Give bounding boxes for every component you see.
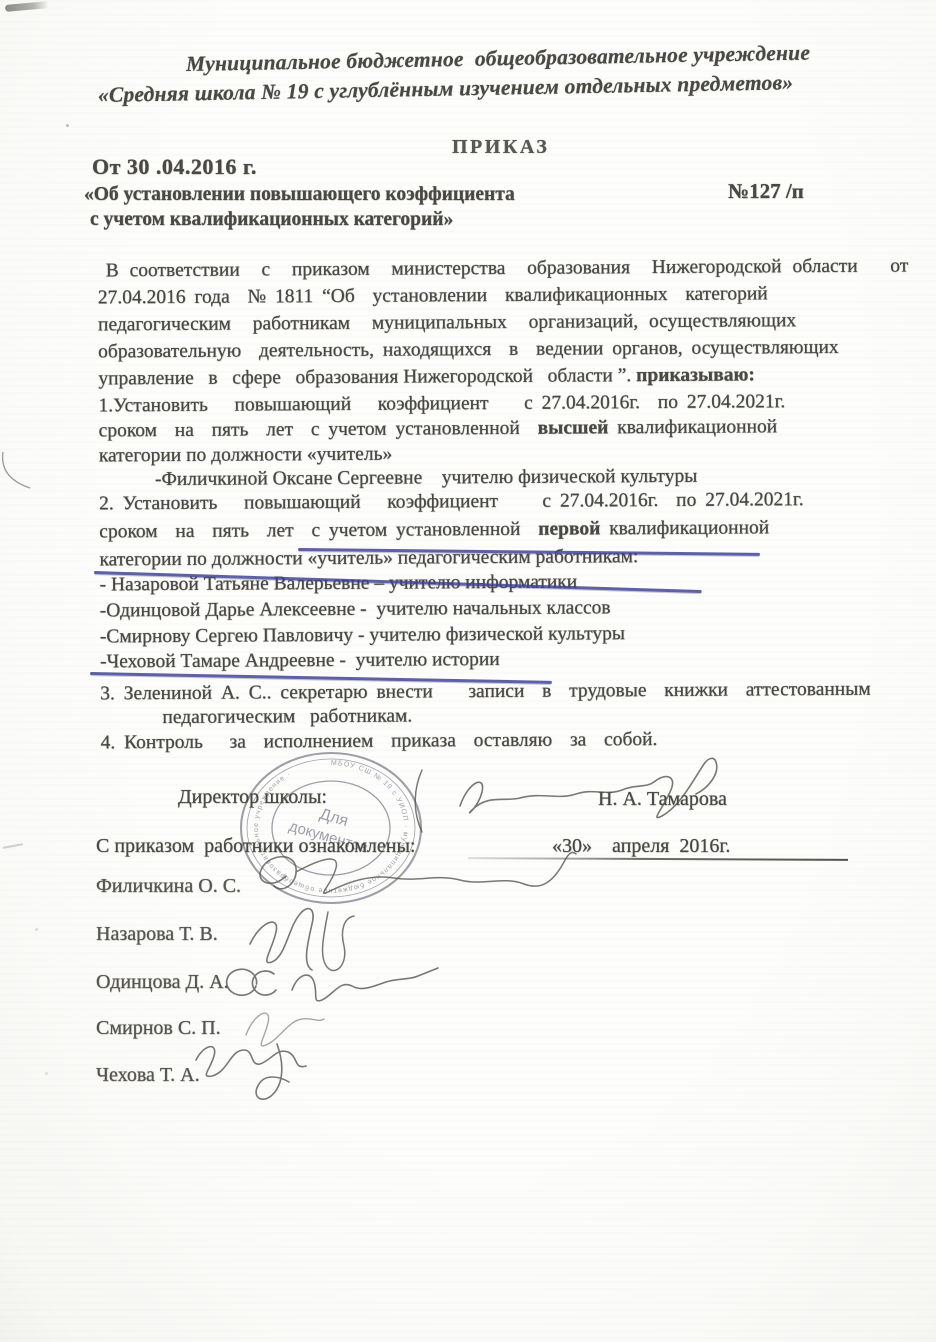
- scan-smudge-top-left: [5, 1, 49, 12]
- teacher-list-item: -Смирнову Сергею Павловичу - учителю физ…: [100, 623, 625, 648]
- body-line: сроком на пять лет с учетом установленно…: [99, 517, 769, 543]
- body-line-text: квалификационной: [600, 517, 769, 539]
- director-label: Директор школы:: [178, 786, 327, 808]
- order-subject-line1: «Об установлении повышающего коэффициент…: [84, 184, 515, 205]
- body-line: -Филичкиной Оксане Сергеевне учителю физ…: [155, 466, 697, 491]
- chekhova-signature: [182, 1032, 347, 1112]
- order-date: От 30 .04.2016 г.: [92, 155, 257, 179]
- employee-name: Назарова Т. В.: [96, 923, 218, 945]
- body-line: управление в сфере образования Нижегород…: [98, 364, 755, 389]
- body-line-text: сроком на пять лет с учетом установленно…: [99, 418, 538, 442]
- order-number: №127 /п: [728, 180, 804, 203]
- vysshey-emphasis: высшей: [537, 417, 608, 438]
- employee-name: Филичкина О. С.: [96, 875, 241, 897]
- body-line-text: сроком на пять лет с учетом установленно…: [99, 519, 538, 543]
- body-line: 3. Зелениной А. С.. секретарю внести зап…: [100, 679, 871, 705]
- teacher-list-item: -Чеховой Тамаре Андреевне - учителю исто…: [100, 649, 500, 673]
- pervoy-emphasis: первой: [538, 518, 600, 539]
- scan-edge-dash: [3, 843, 23, 848]
- scan-speck: [45, 1072, 48, 1075]
- scan-speck: [66, 124, 69, 127]
- body-line-text: управление в сфере образования Нижегород…: [98, 365, 636, 389]
- body-line: 27.04.2016 года № 1811 “Об установлении …: [98, 283, 768, 309]
- scanned-order-document: Муниципальное бюджетное общеобразователь…: [0, 0, 936, 1342]
- teacher-list-item: -Одинцовой Дарье Алексеевне - учителю на…: [100, 597, 611, 622]
- body-line: сроком на пять лет с учетом установленно…: [99, 416, 778, 442]
- document-title: ПРИКАЗ: [452, 136, 549, 159]
- order-subject-line2: с учетом квалификационных категорий»: [90, 209, 453, 230]
- body-line: 1.Установить повышающий коэффициент с 27…: [98, 391, 785, 417]
- body-line: образовательную деятельность, находящихс…: [98, 337, 839, 363]
- body-line: категории по должности «учитель»: [99, 444, 393, 467]
- pen-bracket-mark: [0, 448, 40, 503]
- body-line: В соответствии с приказом министерства о…: [106, 255, 909, 281]
- prikazyvayu-emphasis: приказываю:: [636, 364, 755, 386]
- body-line: педагогическим работникам.: [162, 705, 412, 728]
- body-line: 2. Установить повышающий коэффициент с 2…: [99, 489, 804, 515]
- body-line: педагогическим работникам муниципальных …: [98, 310, 796, 336]
- employee-name: Одинцова Д. А.: [96, 971, 229, 993]
- scan-speck: [35, 928, 38, 931]
- body-line-text: квалификационной: [608, 416, 777, 438]
